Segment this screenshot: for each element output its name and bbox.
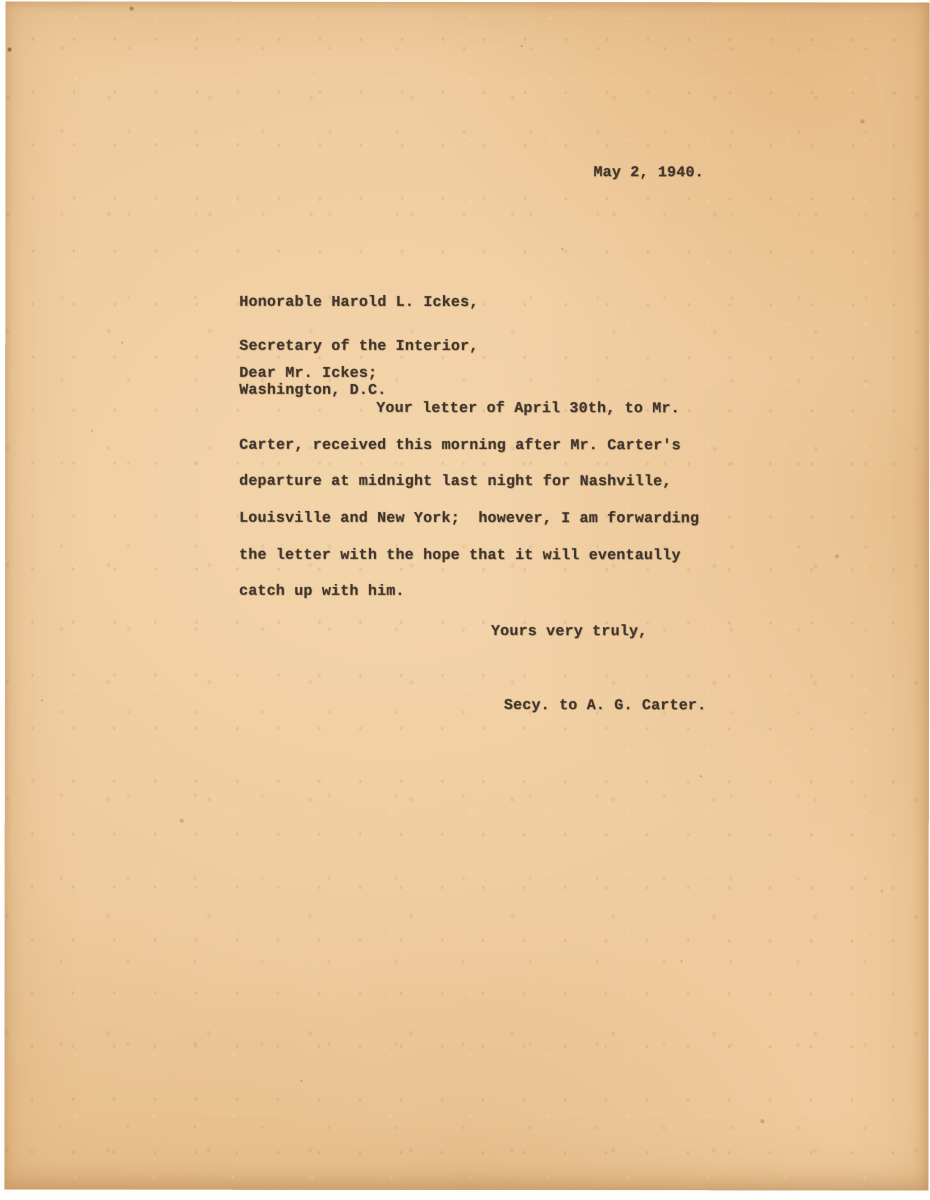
body-line: Carter, received this morning after Mr. … <box>239 436 681 455</box>
body-line: Your letter of April 30th, to Mr. <box>239 399 680 418</box>
letter-paper: May 2, 1940. Honorable Harold L. Ickes, … <box>4 2 929 1191</box>
recipient-title: Secretary of the Interior, <box>239 338 478 355</box>
letter-date: May 2, 1940. <box>593 163 703 182</box>
body-line: catch up with him. <box>239 582 405 601</box>
paper-foxing-specks <box>6 2 8 4</box>
recipient-name: Honorable Harold L. Ickes, <box>239 294 478 311</box>
recipient-city: Washington, D.C. <box>239 382 386 399</box>
body-line: departure at midnight last night for Nas… <box>239 472 671 491</box>
closing: Yours very truly, <box>491 622 647 641</box>
scanned-letter-page: May 2, 1940. Honorable Harold L. Ickes, … <box>0 0 930 1200</box>
signature: Secy. to A. G. Carter. <box>504 696 706 715</box>
recipient-address: Honorable Harold L. Ickes, Secretary of … <box>239 292 478 402</box>
body-line: the letter with the hope that it will ev… <box>239 546 681 565</box>
salutation: Dear Mr. Ickes; <box>239 364 377 383</box>
body-line: Louisville and New York; however, I am f… <box>239 509 699 528</box>
